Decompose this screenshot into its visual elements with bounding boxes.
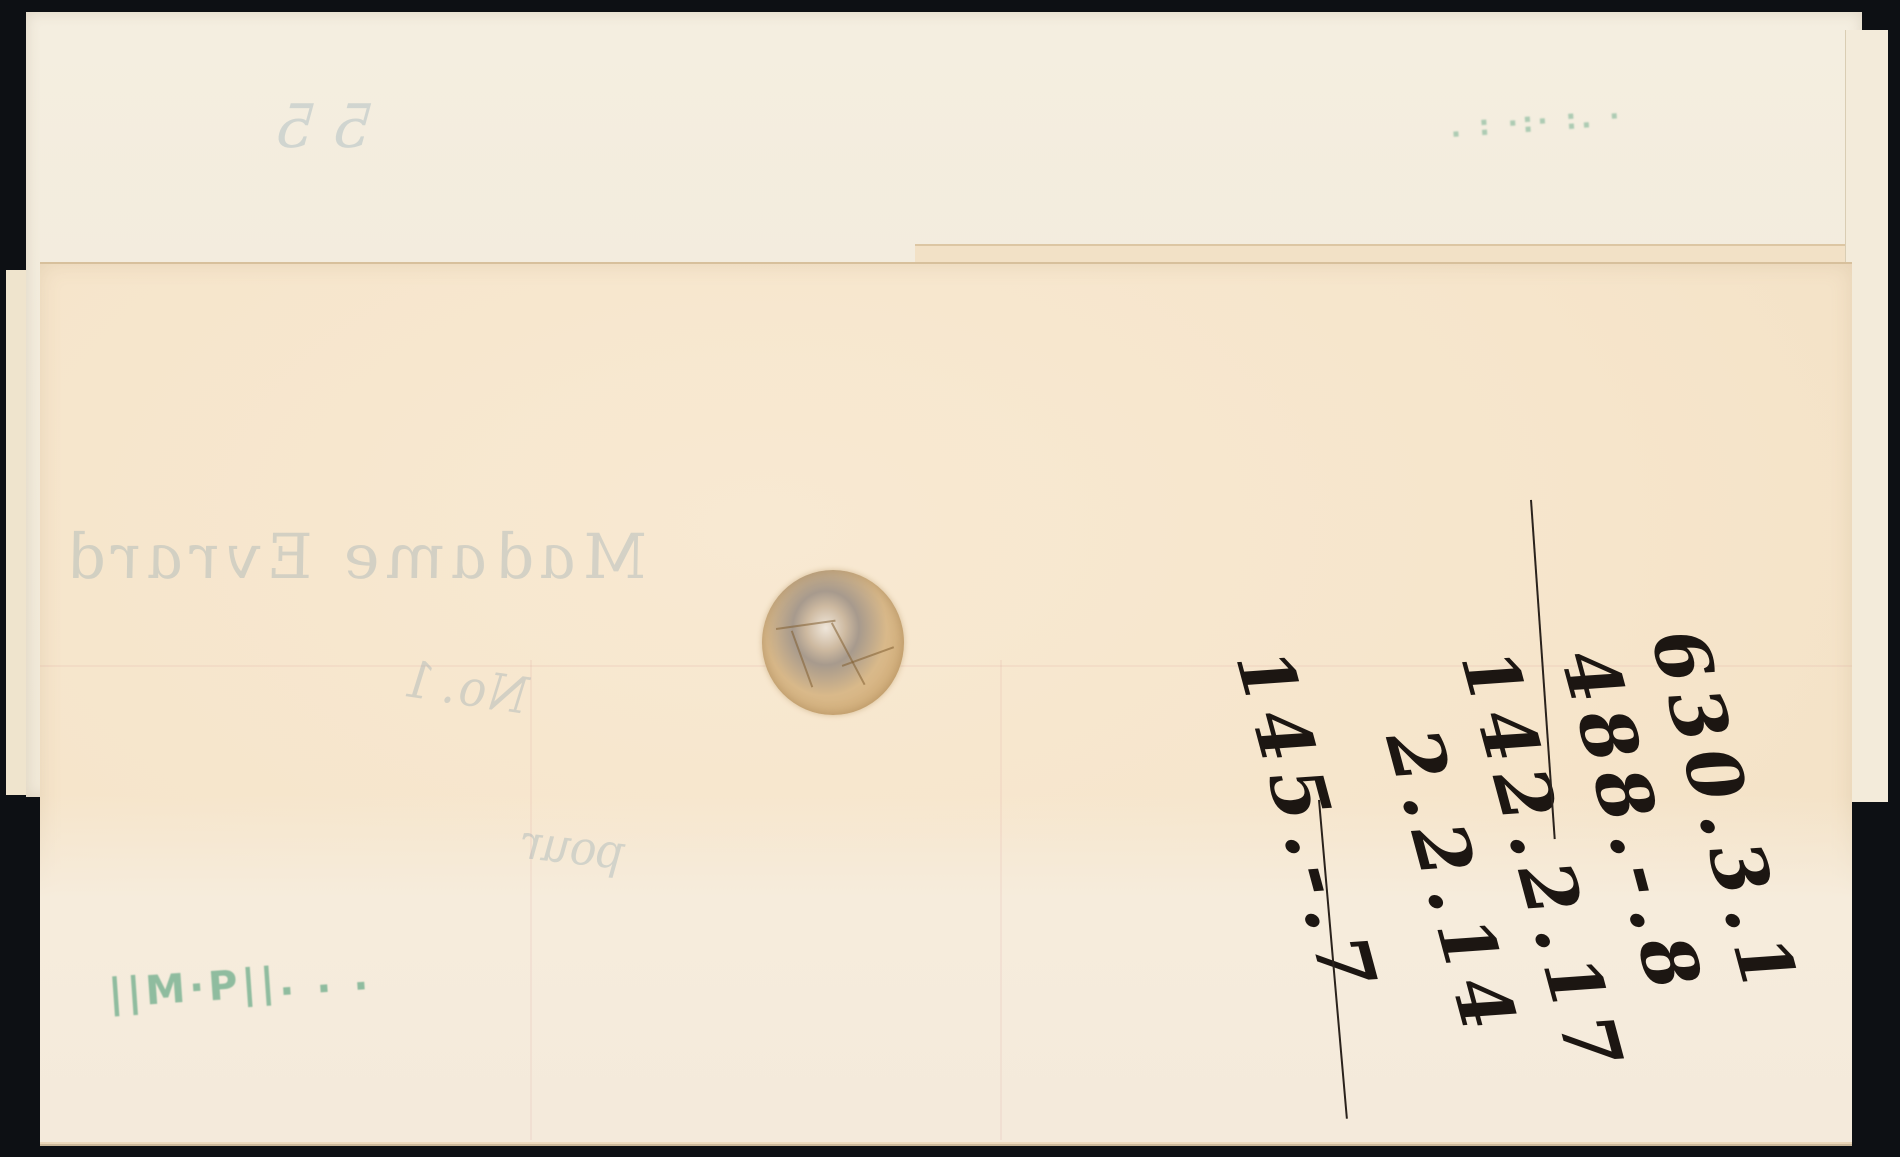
bleed-through-address: Madame Evrard — [52, 520, 654, 593]
seal-crack — [776, 620, 836, 630]
inner-fold-strip — [915, 244, 1845, 264]
ruled-line — [1000, 660, 1002, 1140]
wafer-seal — [762, 570, 904, 715]
ruled-line — [530, 660, 532, 1140]
calc-line-5: 145.-.7 — [1218, 640, 1394, 1008]
bleed-through-text-top: 5 5 — [260, 92, 388, 162]
seal-crack — [791, 630, 813, 687]
seal-crack — [831, 622, 865, 685]
handwritten-calculation: 630.3.1 488.-.8 142.2.17 2.2.14 145.-.7 — [1200, 560, 1820, 1120]
